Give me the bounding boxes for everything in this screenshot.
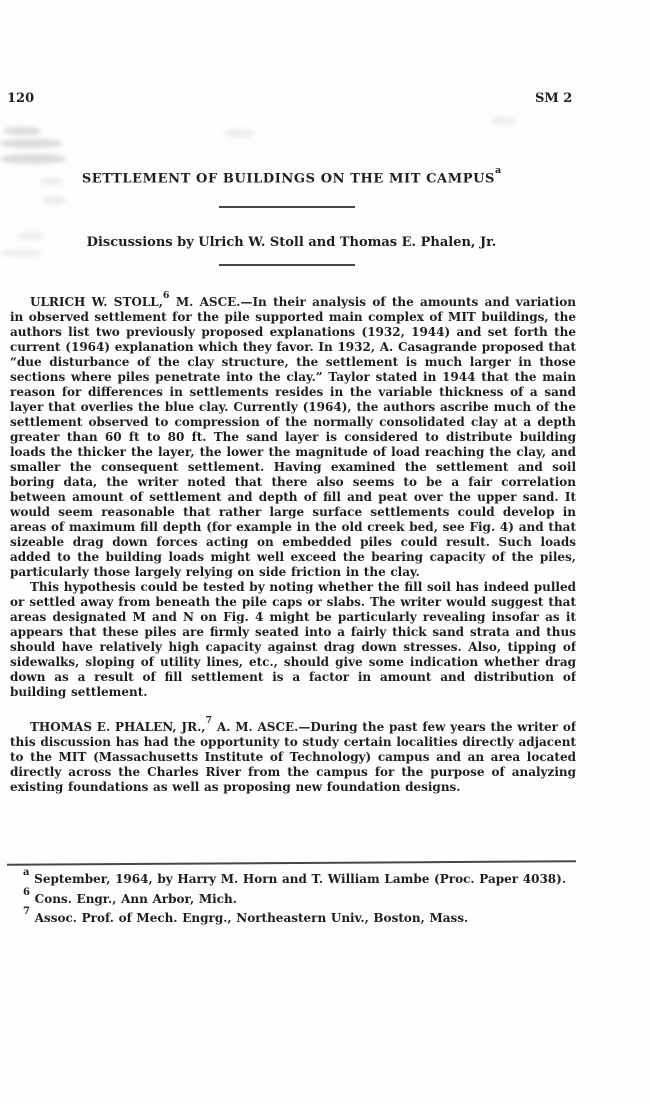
discussant-name: THOMAS E. PHALEN, JR., <box>30 720 205 734</box>
title-footnote-marker: a <box>495 165 501 176</box>
divider-rule-bottom <box>219 264 355 266</box>
scan-artifact <box>3 127 41 135</box>
byline: Discussions by Ulrich W. Stoll and Thoma… <box>8 235 575 250</box>
footnote-text: September, 1964, by Harry M. Horn and T.… <box>34 872 566 886</box>
footnotes: a September, 1964, by Harry M. Horn and … <box>10 868 576 927</box>
scan-artifact <box>42 196 66 205</box>
article-body: ULRICH W. STOLL,6 M. ASCE.—In their anal… <box>10 291 576 795</box>
footnote-text: Cons. Engr., Ann Arbor, Mich. <box>35 892 237 906</box>
divider-rule-top <box>219 206 355 208</box>
discussion-stoll-paragraph-2: This hypothesis could be tested by notin… <box>10 580 576 700</box>
footnote-marker: a <box>23 867 29 878</box>
page-number: 120 <box>7 91 34 106</box>
footnote-marker-6: 6 <box>163 291 170 301</box>
footnote-6: 6 Cons. Engr., Ann Arbor, Mich. <box>10 888 576 908</box>
journal-issue-code: SM 2 <box>535 91 572 106</box>
footnote-rule <box>7 860 576 865</box>
scan-artifact <box>0 139 62 148</box>
scan-artifact <box>0 154 66 164</box>
scan-artifact <box>2 249 42 257</box>
paper-title: SETTLEMENT OF BUILDINGS ON THE MIT CAMPU… <box>8 169 575 186</box>
scan-artifact <box>490 117 516 125</box>
discussion-stoll-paragraph-1: ULRICH W. STOLL,6 M. ASCE.—In their anal… <box>10 291 576 580</box>
footnote-7: 7 Assoc. Prof. of Mech. Engrg., Northeas… <box>10 907 576 927</box>
footnote-marker: 7 <box>23 906 30 917</box>
footnote-text: Assoc. Prof. of Mech. Engrg., Northeaste… <box>35 911 469 925</box>
paper-title-text: SETTLEMENT OF BUILDINGS ON THE MIT CAMPU… <box>82 171 495 186</box>
footnote-marker-7: 7 <box>205 715 212 726</box>
scan-artifact <box>224 129 254 138</box>
discussion-phalen-paragraph-1: THOMAS E. PHALEN, JR.,7 A. M. ASCE.—Duri… <box>10 716 576 795</box>
paragraph-text: M. ASCE.—In their analysis of the amount… <box>10 295 576 579</box>
scanned-paper-page: 120 SM 2 SETTLEMENT OF BUILDINGS ON THE … <box>0 0 650 1104</box>
footnote-a: a September, 1964, by Harry M. Horn and … <box>10 868 576 888</box>
footnote-marker: 6 <box>23 887 30 898</box>
discussant-name: ULRICH W. STOLL, <box>30 295 163 309</box>
